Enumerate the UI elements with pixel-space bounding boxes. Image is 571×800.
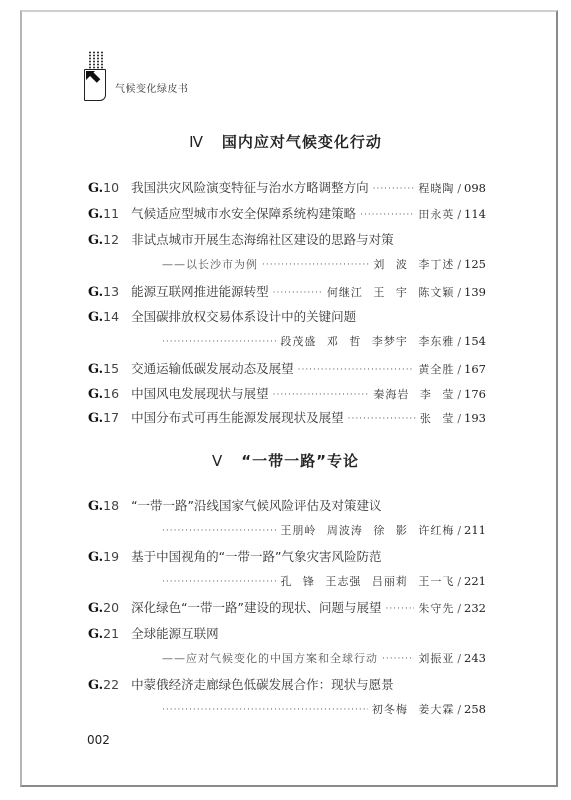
- leader-dots: [382, 654, 414, 664]
- entry-title: “一带一路”沿线国家气候风险评估及对策建议: [131, 498, 381, 513]
- leader-dots: [360, 210, 414, 220]
- toc-entry[interactable]: G.15交通运输低碳发展动态及展望 黄全胜/167: [88, 359, 486, 379]
- entry-page: 176: [464, 387, 486, 401]
- leader-dots: [162, 337, 276, 347]
- toc-entry[interactable]: G.10我国洪灾风险演变特征与治水方略调整方向 程晓陶/098: [88, 178, 486, 198]
- entry-title: 我国洪灾风险演变特征与治水方略调整方向: [131, 180, 369, 195]
- leader-dots: [298, 365, 415, 375]
- entry-code: G.: [88, 387, 103, 402]
- entry-number: 15: [103, 361, 119, 376]
- entry-title: 非试点城市开展生态海绵社区建设的思路与对策: [131, 232, 394, 247]
- entry-authors: 段茂盛 邓 哲 李梦宇 李东雅: [280, 333, 454, 349]
- entry-page: 125: [464, 257, 486, 271]
- toc-entry[interactable]: G.18“一带一路”沿线国家气候风险评估及对策建议 王朋岭 周波涛 徐 影 许红…: [88, 496, 486, 542]
- entry-number: 20: [103, 600, 119, 615]
- entry-page: 114: [464, 207, 486, 221]
- entry-page: 098: [464, 181, 486, 195]
- entry-title: 中国风电发展现状与展望: [131, 386, 269, 401]
- entry-page: 232: [464, 601, 486, 615]
- section-title: “一带一路”专论: [241, 452, 359, 470]
- entry-code: G.: [88, 233, 103, 248]
- toc-entry[interactable]: G.16中国风电发展现状与展望 秦海岩 李 莹/176: [88, 384, 486, 404]
- entry-title: 能源互联网推进能源转型: [131, 284, 269, 299]
- entry-code: G.: [88, 181, 103, 196]
- entry-code: G.: [88, 310, 103, 325]
- entry-page: 139: [464, 285, 486, 299]
- toc-entry[interactable]: G.13能源互联网推进能源转型 何继江 王 宇 陈文颖/139: [88, 282, 486, 302]
- entry-number: 22: [103, 677, 119, 692]
- entry-authors: 何继江 王 宇 陈文颖: [327, 284, 455, 300]
- toc-entry[interactable]: G.21全球能源互联网 ——应对气候变化的中国方案和全球行动 刘振亚/243: [88, 624, 486, 670]
- entry-authors: 田永英: [418, 206, 454, 222]
- entry-page: 167: [464, 362, 486, 376]
- entry-title: 中国分布式可再生能源发展现状及展望: [131, 410, 344, 425]
- leader-dots: [262, 260, 369, 270]
- entry-number: 12: [103, 232, 119, 247]
- toc-entry[interactable]: G.20深化绿色“一带一路”建设的现状、问题与展望 朱守先/232: [88, 598, 486, 618]
- section-numeral: Ⅳ: [189, 133, 204, 151]
- running-header: 气候变化绿皮书: [83, 49, 189, 101]
- toc-entry[interactable]: G.14全国碳排放权交易体系设计中的关键问题 段茂盛 邓 哲 李梦宇 李东雅/1…: [88, 307, 486, 353]
- book-arrow-logo-icon: [83, 51, 109, 101]
- leader-dots: [348, 414, 416, 424]
- toc-entry[interactable]: G.19基于中国视角的“一带一路”气象灾害风险防范 孔 锋 王志强 吕丽莉 王一…: [88, 547, 486, 593]
- toc-entry[interactable]: G.11气候适应型城市水安全保障系统构建策略 田永英/114: [88, 204, 486, 224]
- entry-number: 18: [103, 498, 119, 513]
- entry-number: 10: [103, 180, 119, 195]
- entry-title: 交通运输低碳发展动态及展望: [131, 361, 294, 376]
- entry-code: G.: [88, 285, 103, 300]
- entry-title: 全国碳排放权交易体系设计中的关键问题: [131, 309, 356, 324]
- entry-authors: 朱守先: [418, 600, 454, 616]
- entry-page: 258: [464, 702, 486, 716]
- entry-authors: 孔 锋 王志强 吕丽莉 王一飞: [280, 573, 454, 589]
- entry-title: 全球能源互联网: [131, 626, 219, 641]
- entry-authors: 程晓陶: [418, 180, 454, 196]
- leader-dots: [273, 390, 370, 400]
- entry-code: G.: [88, 550, 103, 565]
- entry-number: 14: [103, 309, 119, 324]
- entry-code: G.: [88, 627, 103, 642]
- section-heading-iv: Ⅳ国内应对气候变化行动: [0, 131, 571, 152]
- toc-entry[interactable]: G.22中蒙俄经济走廊绿色低碳发展合作：现状与愿景 初冬梅 姜大霖/258: [88, 675, 486, 721]
- entry-subtitle: ——应对气候变化的中国方案和全球行动: [162, 650, 378, 666]
- entry-title: 深化绿色“一带一路”建设的现状、问题与展望: [131, 600, 381, 615]
- entry-code: G.: [88, 601, 103, 616]
- entry-authors: 秦海岩 李 莹: [373, 386, 454, 402]
- entry-page: 243: [464, 651, 486, 665]
- section-title: 国内应对气候变化行动: [222, 133, 382, 151]
- entry-number: 13: [103, 284, 119, 299]
- entry-authors: 初冬梅 姜大霖: [372, 701, 455, 717]
- leader-dots: [162, 577, 276, 587]
- entry-number: 17: [103, 410, 119, 425]
- toc-entry[interactable]: G.12非试点城市开展生态海绵社区建设的思路与对策 ——以长沙市为例 刘 波 李…: [88, 230, 486, 276]
- entry-code: G.: [88, 207, 103, 222]
- entry-page: 154: [464, 334, 486, 348]
- entry-number: 21: [103, 626, 119, 641]
- section-heading-v: Ⅴ“一带一路”专论: [0, 450, 571, 471]
- entry-page: 211: [464, 523, 486, 537]
- leader-dots: [386, 604, 415, 614]
- entry-authors: 张 莹: [420, 410, 455, 426]
- entry-title: 基于中国视角的“一带一路”气象灾害风险防范: [131, 549, 381, 564]
- entry-subtitle: ——以长沙市为例: [162, 256, 258, 272]
- entry-number: 19: [103, 549, 119, 564]
- entry-authors: 刘振亚: [418, 650, 454, 666]
- entry-number: 11: [103, 206, 119, 221]
- section-numeral: Ⅴ: [212, 452, 223, 470]
- leader-dots: [273, 288, 323, 298]
- entry-authors: 黄全胜: [418, 361, 454, 377]
- page-number: 002: [87, 733, 110, 747]
- entry-page: 193: [464, 411, 486, 425]
- toc-entry[interactable]: G.17中国分布式可再生能源发展现状及展望 张 莹/193: [88, 408, 486, 428]
- leader-dots: [162, 526, 276, 536]
- leader-dots: [162, 705, 368, 715]
- series-title: 气候变化绿皮书: [115, 80, 189, 95]
- entry-authors: 刘 波 李丁述: [373, 256, 454, 272]
- entry-authors: 王朋岭 周波涛 徐 影 许红梅: [280, 522, 454, 538]
- entry-code: G.: [88, 411, 103, 426]
- leader-dots: [373, 184, 415, 194]
- entry-title: 中蒙俄经济走廊绿色低碳发展合作：现状与愿景: [131, 677, 394, 692]
- entry-page: 221: [464, 574, 486, 588]
- entry-code: G.: [88, 678, 103, 693]
- entry-code: G.: [88, 362, 103, 377]
- entry-number: 16: [103, 386, 119, 401]
- entry-title: 气候适应型城市水安全保障系统构建策略: [131, 206, 356, 221]
- entry-code: G.: [88, 499, 103, 514]
